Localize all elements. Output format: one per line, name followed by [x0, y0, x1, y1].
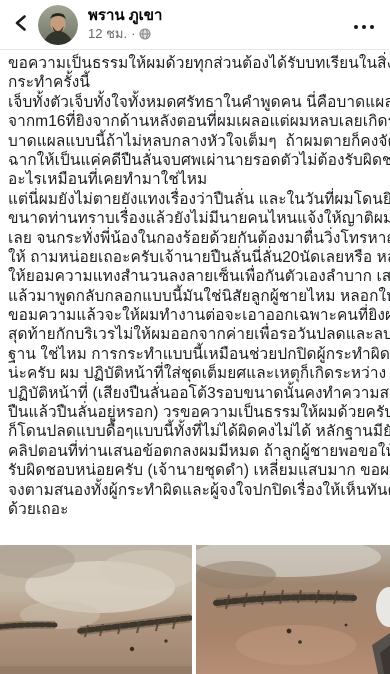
post-text-line: ปฏิบัติหน้าที่ (เสียงปืนลั่นออโต้3รอบขนา… [8, 384, 384, 403]
post-text-line: รับผิดชอบหน่อยครับ (เจ้านายชุดดำ) เหลี่ย… [8, 461, 384, 480]
timestamp: 12 ชม. [88, 26, 127, 42]
post-meta: 12 ชม. · [88, 26, 162, 42]
post-text-line: คลิปตอนที่ท่านเสนอข้อตกลงผมมีหมด ถ้าลูกผ… [8, 442, 384, 461]
back-button[interactable] [8, 5, 36, 45]
post-text-line: เจ็บทั้งตัวเจ็บทั้งใจทั้งหมดศรัทธาในคำพู… [8, 93, 384, 112]
post-header: พราน ภูเขา 12 ชม. · [0, 0, 390, 50]
header-texts: พราน ภูเขา 12 ชม. · [88, 7, 162, 42]
post-text: ขอความเป็นธรรมให้ผมด้วยทุกส่วนต้องได้รับ… [8, 54, 384, 519]
facebook-post-screen: { "colors": { "text": "#1c1e21", "second… [0, 0, 390, 674]
post-text-line: ให้ ถามหน่อยเถอะครับเจ้านายปืนลั่นนี่ลั่… [8, 248, 384, 267]
photo-grid [0, 545, 390, 674]
post-text-line: บาดแผลแบบนี้ถ้าไม่หลบกลางหัวใจเต็มๆ ถ้าผ… [8, 132, 384, 151]
post-text-line: ก็โดนปลดแบบดื้อๆแบบนี้ทั้งที่ไม่ได้ผิดคง… [8, 422, 384, 441]
user-name[interactable]: พราน ภูเขา [88, 7, 162, 25]
post-text-line: สุดท้ายกักบริเวรไม่ให้ผมออกจากค่ายเพื่อร… [8, 325, 384, 344]
post-text-line: น่ะครับ ผม ปฏิบัติหน้าที่ใส่ชุดเต็มยศและ… [8, 364, 384, 383]
post-text-line: แล้วมาพูดกลับกลอกแบบนี้มันใช่นิสัยลูกผู้… [8, 287, 384, 306]
meta-dot: · [131, 26, 135, 42]
post-text-line: เลย จนกระทั่งพี่น้องในกองร้อยด้วยกันต้อง… [8, 229, 384, 248]
post-text-line: ฉากให้เป็นแค่คดีปืนลั่นจบศพเผ่านายรอดตัว… [8, 151, 384, 170]
post-text-line: กระทำครั้งนี้ [8, 73, 384, 92]
more-options-button[interactable] [348, 12, 380, 38]
wound-photo-left[interactable] [0, 545, 192, 674]
post-text-line: ขอความเป็นธรรมให้ผมด้วยทุกส่วนต้องได้รับ… [8, 54, 384, 73]
post-text-line: ฐาน ใช่ไหม การกระทำแบบนี้เหมือนช่วยปกปิด… [8, 345, 384, 364]
chevron-left-icon [13, 14, 31, 35]
post-text-line: ปืนแล้วปืนลั่นอยู่หรอก) วรขอความเป็นธรรม… [8, 403, 384, 422]
post-text-line: ด้วยเถอะ [8, 500, 384, 519]
post-text-line: แต่นี่ผมยังไม่ตายยังแทงเรื่องว่าปืนลั่น … [8, 190, 384, 209]
post-text-line: อะไรเหมือนที่เคยทำมาใช่ไหม [8, 170, 384, 189]
ellipsis-icon [353, 18, 375, 33]
post-text-line: จากm16ที่ยิงจากด้านหลังตอนที่ผมเผลอแต่ผม… [8, 112, 384, 131]
avatar[interactable] [38, 5, 78, 45]
post-text-line: ให้ยอมความแทงสำนวนลงลายเซ็นเพื่อกันตัวเอ… [8, 267, 384, 286]
post-text-line: จงตามสนองทั้งผู้กระทำผิดและผู้จงใจปกปิดเ… [8, 481, 384, 500]
post-text-line: ขนาดท่านทราบเรื่องแล้วยังไม่มีนายคนไหนแจ… [8, 209, 384, 228]
wound-photo-right[interactable] [196, 545, 390, 674]
post-text-line: ขอมความแล้วจะให้ผมทำงานต่อจะเอาออกเฉพาะค… [8, 306, 384, 325]
globe-icon [139, 28, 151, 40]
